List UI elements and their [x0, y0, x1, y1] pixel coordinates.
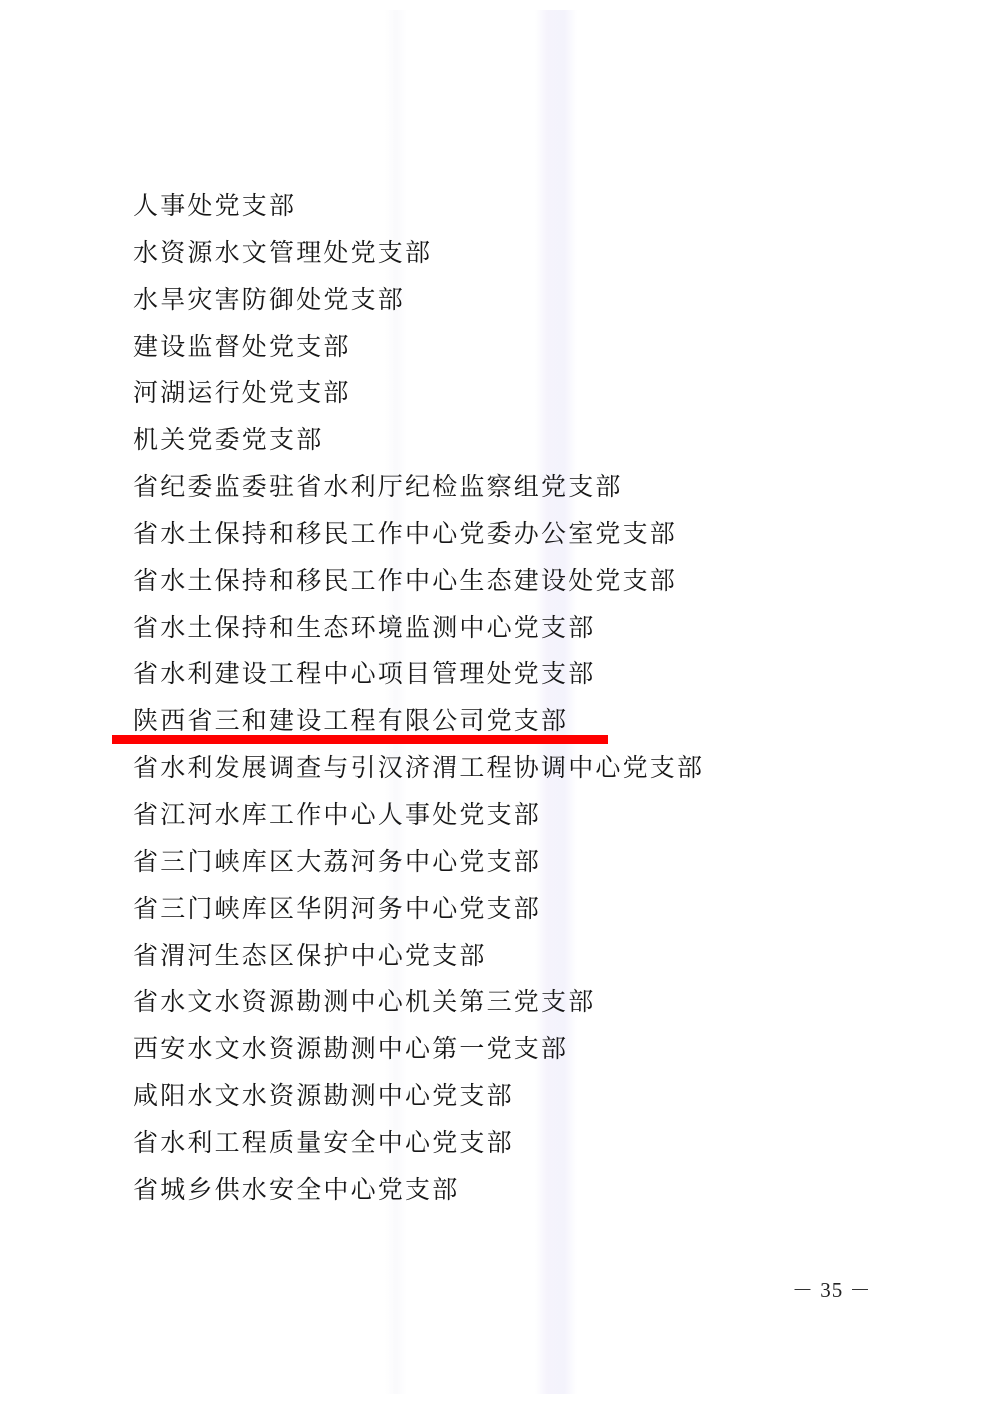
party-branch-list: 人事处党支部 水资源水文管理处党支部 水旱灾害防御处党支部 建设监督处党支部 河…: [133, 186, 704, 1217]
list-item: 省水利发展调查与引汉济渭工程协调中心党支部: [133, 748, 704, 795]
list-item: 省渭河生态区保护中心党支部: [133, 936, 704, 983]
list-item: 省纪委监委驻省水利厅纪检监察组党支部: [133, 467, 704, 514]
list-item: 西安水文水资源勘测中心第一党支部: [133, 1029, 704, 1076]
list-item: 水资源水文管理处党支部: [133, 233, 704, 280]
page-number: － 35 －: [792, 1274, 872, 1304]
list-item: 省水土保持和移民工作中心生态建设处党支部: [133, 561, 704, 608]
list-item: 人事处党支部: [133, 186, 704, 233]
list-item: 省三门峡库区大荔河务中心党支部: [133, 842, 704, 889]
list-item: 省水土保持和生态环境监测中心党支部: [133, 608, 704, 655]
list-item: 省城乡供水安全中心党支部: [133, 1170, 704, 1217]
list-item: 省三门峡库区华阴河务中心党支部: [133, 889, 704, 936]
red-highlight-underline: [112, 735, 608, 744]
list-item: 省水利建设工程中心项目管理处党支部: [133, 654, 704, 701]
list-item: 省江河水库工作中心人事处党支部: [133, 795, 704, 842]
list-item: 省水利工程质量安全中心党支部: [133, 1123, 704, 1170]
list-item: 水旱灾害防御处党支部: [133, 280, 704, 327]
list-item: 省水土保持和移民工作中心党委办公室党支部: [133, 514, 704, 561]
list-item: 机关党委党支部: [133, 420, 704, 467]
list-item: 建设监督处党支部: [133, 327, 704, 374]
document-page: 人事处党支部 水资源水文管理处党支部 水旱灾害防御处党支部 建设监督处党支部 河…: [0, 0, 1000, 1414]
list-item: 河湖运行处党支部: [133, 373, 704, 420]
list-item: 咸阳水文水资源勘测中心党支部: [133, 1076, 704, 1123]
list-item: 省水文水资源勘测中心机关第三党支部: [133, 982, 704, 1029]
